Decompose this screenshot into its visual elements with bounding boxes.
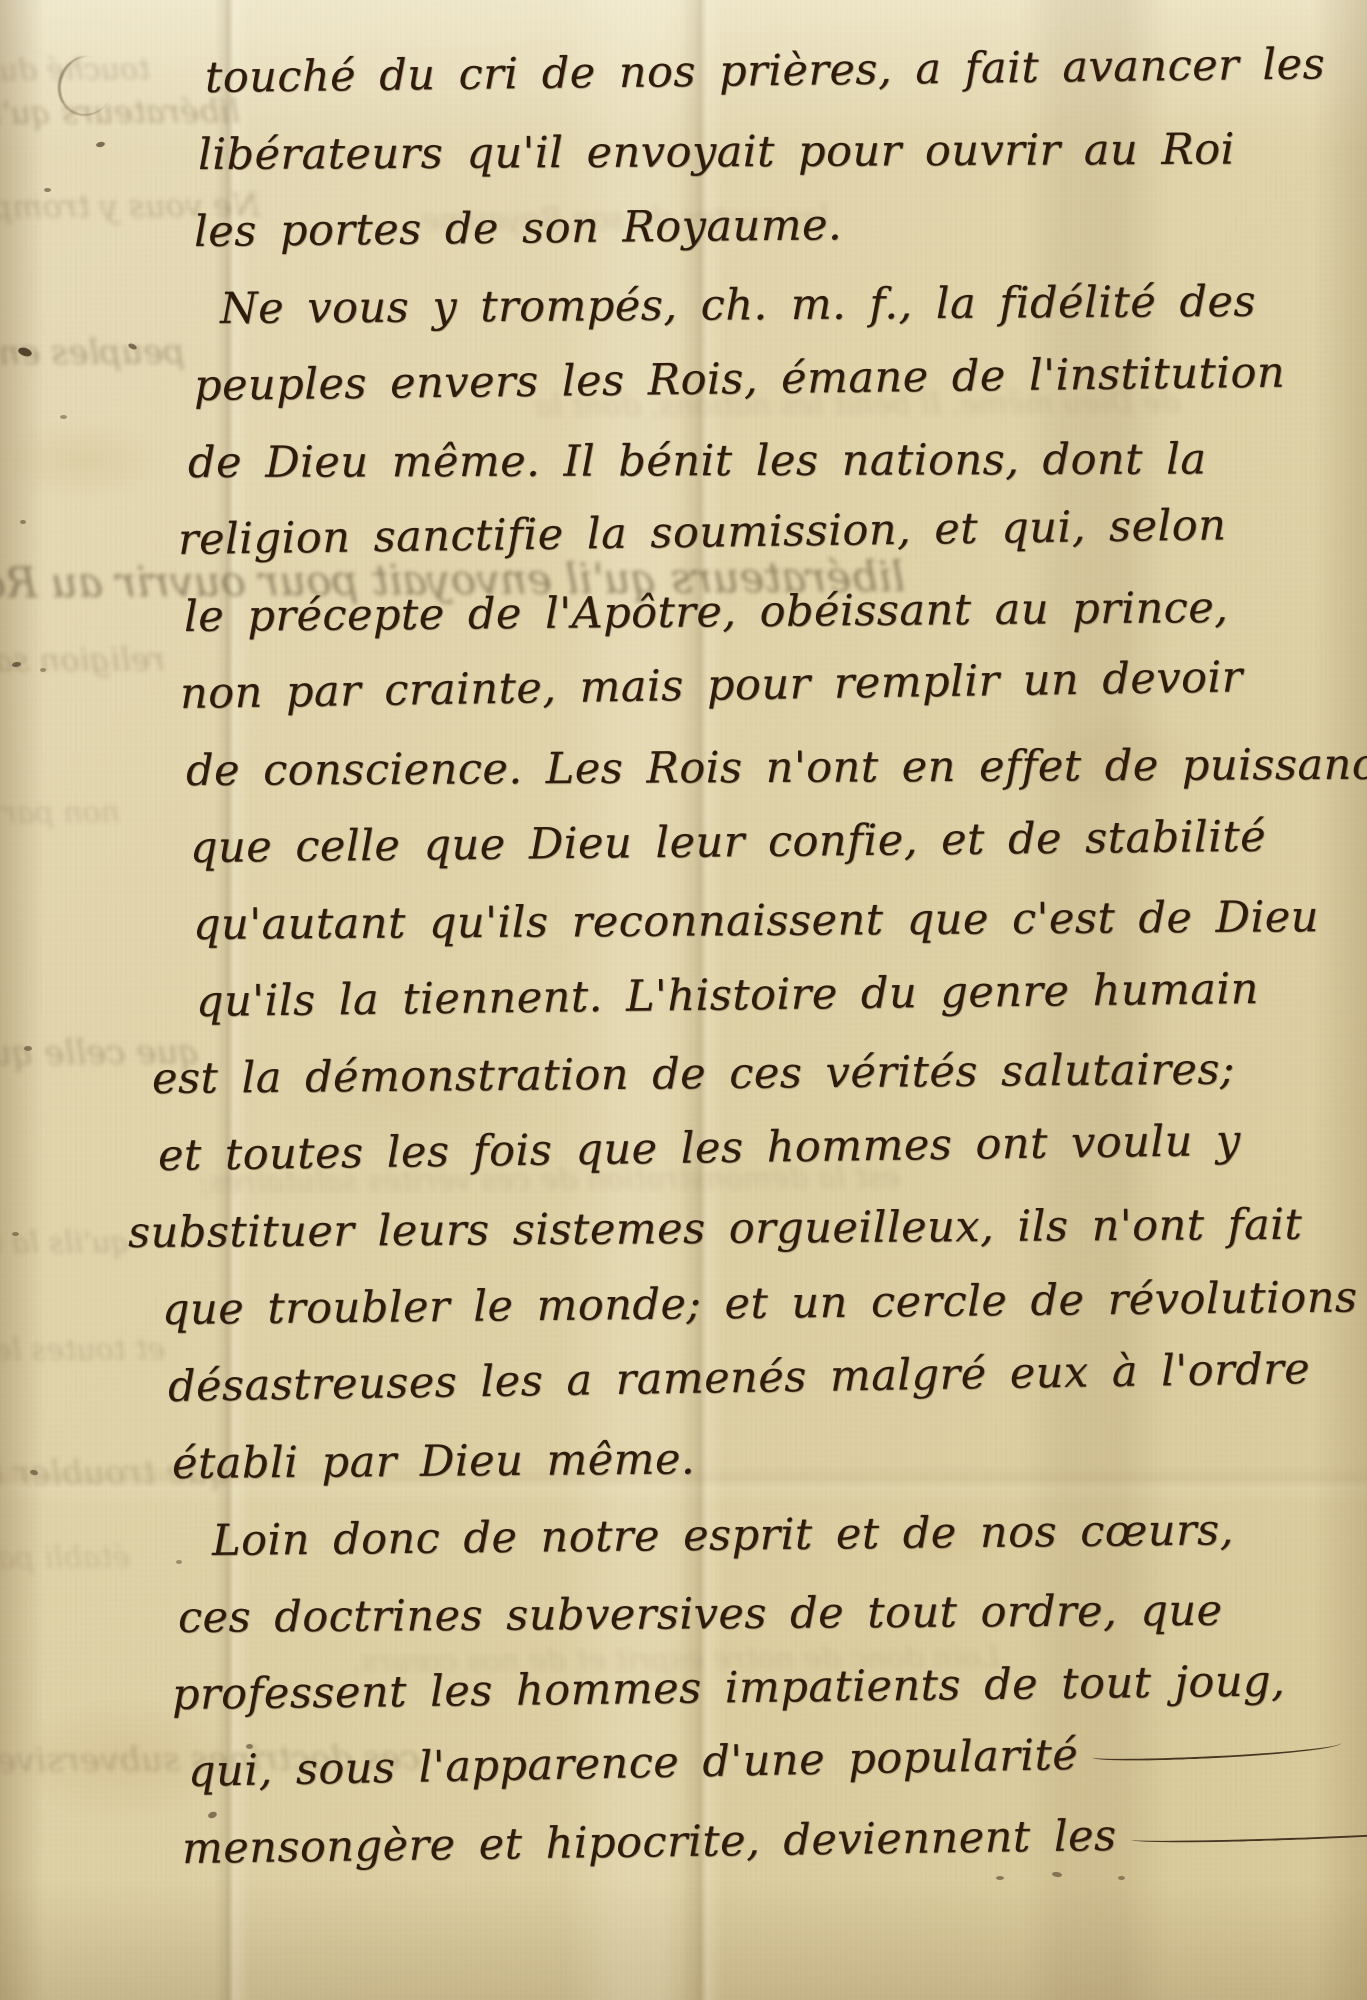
manuscript-line: de conscience. Les Rois n'ont en effet d… xyxy=(186,727,1367,810)
manuscript-line: libérateurs qu'il envoyait pour ouvrir a… xyxy=(198,111,1367,194)
manuscript-line: établi par Dieu même. xyxy=(172,1416,1367,1503)
manuscript-line-text: mensongère et hipocrite, deviennent les xyxy=(182,1811,1117,1874)
manuscript-line: peuples envers les Rois, émane de l'inst… xyxy=(194,334,1367,425)
manuscript-line: substituer leurs sistemes orgueilleux, i… xyxy=(128,1186,1367,1272)
flourish-stroke xyxy=(1092,1738,1342,1763)
manuscript-line: religion sanctifie la soumission, et qui… xyxy=(177,485,1367,579)
manuscript-line: qu'ils la tiennent. L'histoire du genre … xyxy=(196,950,1367,1041)
manuscript-line: Loin donc de notre esprit et de nos cœur… xyxy=(212,1491,1367,1580)
manuscript-line: touché du cri de nos prières, a fait ava… xyxy=(205,26,1367,117)
flourish-stroke xyxy=(1130,1817,1367,1845)
manuscript-line: que celle que Dieu leur confie, et de st… xyxy=(190,798,1367,887)
manuscript-line-text: qui, sous l'apparence d'une popularité xyxy=(188,1730,1079,1797)
manuscript-line: mensongère et hipocrite, deviennent les xyxy=(181,1794,1367,1888)
manuscript-text: touché du cri de nos prières, a fait ava… xyxy=(0,40,1367,1888)
manuscript-line: et toutes les fois que les hommes ont vo… xyxy=(157,1101,1367,1195)
manuscript-page: touché du cri de nos prières, a fait ava… xyxy=(0,0,1367,2000)
manuscript-line: les portes de son Royaume. xyxy=(194,182,1367,271)
